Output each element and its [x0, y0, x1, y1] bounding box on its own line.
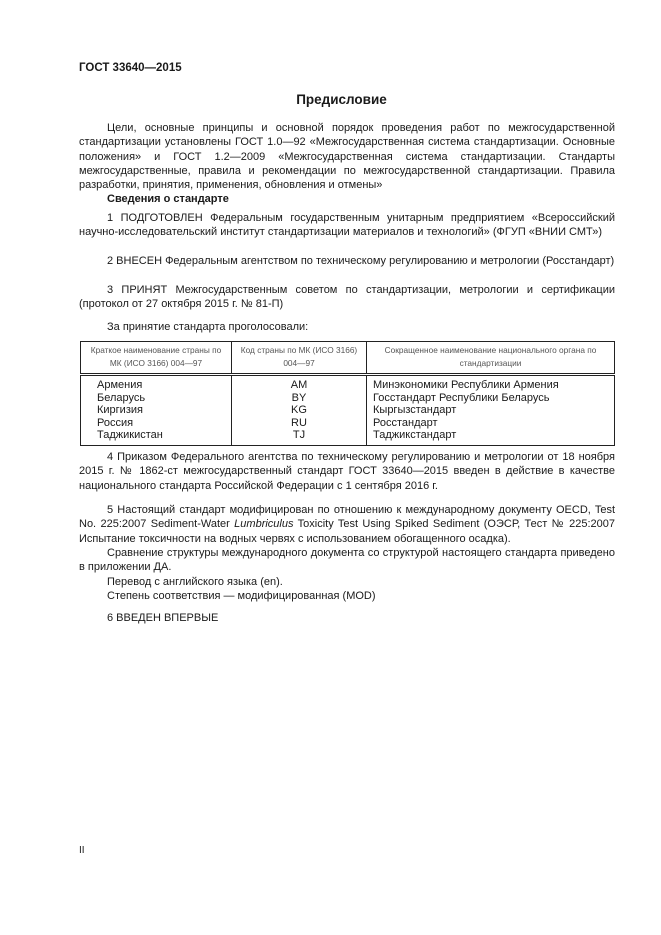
table-row: Армения AM Минэкономики Республики Армен… [81, 375, 615, 392]
item-1-text: 1 ПОДГОТОВЛЕН Федеральным государственны… [79, 212, 615, 238]
voted-label: За принятие стандарта проголосовали: [79, 320, 615, 334]
standards-body: Минэкономики Республики Армения [367, 375, 615, 392]
header-country-code: Код страны по МК (ИСО 3166) 004—97 [232, 342, 367, 375]
item-2-text: 2 ВНЕСЕН Федеральным агентством по техни… [107, 255, 614, 267]
page-title: Предисловие [0, 92, 661, 107]
header-country-name: Краткое наименование страны по МК (ИСО 3… [81, 342, 232, 375]
item-5-degree: Степень соответствия — модифицированная … [79, 589, 615, 603]
intro-paragraph: Цели, основные принципы и основной поряд… [79, 121, 615, 192]
item-5-italic-term: Lumbriculus [234, 518, 293, 530]
item-5-translation: Перевод с английского языка (en). [79, 575, 615, 589]
country-code: KG [232, 404, 367, 417]
item-4: 4 Приказом Федерального агентства по тех… [79, 450, 615, 493]
intro-text: Цели, основные принципы и основной поряд… [79, 122, 615, 191]
header-standards-body: Сокращенное наименование национального о… [367, 342, 615, 375]
document-code: ГОСТ 33640—2015 [79, 62, 182, 74]
item-4-text: 4 Приказом Федерального агентства по тех… [79, 451, 615, 492]
item-5-comparison: Сравнение структуры международного докум… [79, 546, 615, 575]
item-3-text: 3 ПРИНЯТ Межгосударственным советом по с… [79, 284, 615, 310]
country-name: Беларусь [81, 392, 232, 405]
item-5-comparison-text: Сравнение структуры международного докум… [79, 547, 615, 573]
item-2: 2 ВНЕСЕН Федеральным агентством по техни… [79, 254, 615, 268]
country-name: Россия [81, 417, 232, 430]
standards-body: Госстандарт Республики Беларусь [367, 392, 615, 405]
country-code: AM [232, 375, 367, 392]
table-row: Россия RU Росстандарт [81, 417, 615, 430]
item-5-degree-text: Степень соответствия — модифицированная … [107, 590, 376, 602]
standards-body: Росстандарт [367, 417, 615, 430]
item-5-translation-text: Перевод с английского языка (en). [107, 576, 283, 588]
item-1: 1 ПОДГОТОВЛЕН Федеральным государственны… [79, 211, 615, 240]
table-header-row: Краткое наименование страны по МК (ИСО 3… [81, 342, 615, 375]
country-name: Киргизия [81, 404, 232, 417]
table-row: Таджикистан TJ Таджикстандарт [81, 429, 615, 445]
country-name: Армения [81, 375, 232, 392]
voted-label-text: За принятие стандарта проголосовали: [107, 321, 308, 333]
item-5: 5 Настоящий стандарт модифицирован по от… [79, 503, 615, 546]
country-code: RU [232, 417, 367, 430]
page-number: II [79, 845, 85, 856]
item-6: 6 ВВЕДЕН ВПЕРВЫЕ [79, 611, 615, 625]
country-name: Таджикистан [81, 429, 232, 445]
table-row: Беларусь BY Госстандарт Республики Белар… [81, 392, 615, 405]
table-row: Киргизия KG Кыргызстандарт [81, 404, 615, 417]
info-heading: Сведения о стандарте [107, 193, 229, 205]
standards-body: Кыргызстандарт [367, 404, 615, 417]
item-3: 3 ПРИНЯТ Межгосударственным советом по с… [79, 283, 615, 312]
voting-countries-table: Краткое наименование страны по МК (ИСО 3… [80, 341, 615, 446]
country-code: BY [232, 392, 367, 405]
standards-body: Таджикстандарт [367, 429, 615, 445]
country-code: TJ [232, 429, 367, 445]
item-6-text: 6 ВВЕДЕН ВПЕРВЫЕ [107, 612, 218, 624]
